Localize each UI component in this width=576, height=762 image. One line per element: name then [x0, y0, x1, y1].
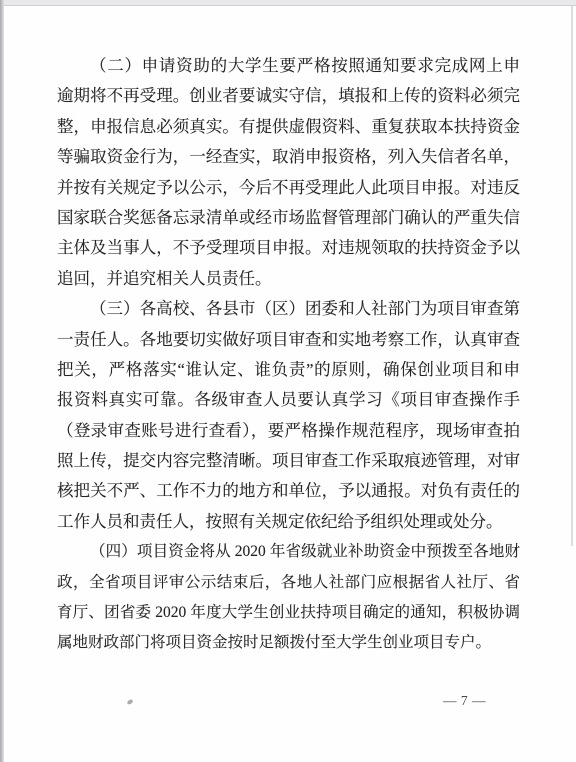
text-line: 育厅、团省委 2020 年度大学生创业扶持项目确定的通知，积极协调: [57, 598, 520, 628]
text-line: 政，全省项目评审公示结束后，各地人社部门应根据省人社厅、省教: [57, 568, 520, 598]
text-line: 工作人员和责任人，按照有关规定依纪给予组织处理或处分。: [57, 507, 520, 537]
scan-edge-right: [571, 6, 573, 546]
scan-edge-left: [0, 0, 4, 762]
text-line: 一责任人。各地要切实做好项目审查和实地考察工作，认真审查: [57, 325, 520, 355]
text-line: 并按有关规定予以公示，今后不再受理此人此项目申报。对违反: [57, 173, 520, 203]
scan-speckle: [126, 699, 133, 705]
text-line: （四）项目资金将从 2020 年省级就业补助资金中预拨至各地财: [57, 537, 520, 567]
text-line: 属地财政部门将项目资金按时足额拨付至大学生创业项目专户。: [57, 628, 520, 658]
text-line: 整，申报信息必须真实。有提供虚假资料、重复获取本扶持资金: [57, 112, 520, 142]
text-line: 报资料真实可靠。各级审查人员要认真学习《项目审查操作手册》: [57, 385, 520, 415]
text-line: （三）各高校、各县市（区）团委和人社部门为项目审查第: [57, 294, 520, 324]
text-line: 主体及当事人，不予受理项目申报。对违规领取的扶持资金予以: [57, 233, 520, 263]
scanned-document-page: （二）申请资助的大学生要严格按照通知要求完成网上申报，逾期将不再受理。创业者要诚…: [0, 0, 576, 762]
text-line: 国家联合奖惩备忘录清单或经市场监督管理部门确认的严重失信: [57, 203, 520, 233]
text-line: 追回，并追究相关人员责任。: [57, 264, 520, 294]
text-line: 照上传，提交内容完整清晰。项目审查工作采取痕迹管理，对审: [57, 446, 520, 476]
text-line: 等骗取资金行为，一经查实，取消申报资格，列入失信者名单，: [57, 142, 520, 172]
text-line: 核把关不严、工作不力的地方和单位，予以通报。对负有责任的: [57, 476, 520, 506]
text-line: （登录审查账号进行查看），要严格操作规范程序，现场审查拍: [57, 416, 520, 446]
document-body-text: （二）申请资助的大学生要严格按照通知要求完成网上申报，逾期将不再受理。创业者要诚…: [57, 51, 520, 659]
scan-edge-top: [0, 0, 576, 6]
text-line: （二）申请资助的大学生要严格按照通知要求完成网上申报，: [57, 51, 520, 81]
page-number: — 7 —: [443, 693, 486, 709]
text-line: 逾期将不再受理。创业者要诚实守信，填报和上传的资料必须完: [57, 81, 520, 111]
text-line: 把关，严格落实“谁认定、谁负责”的原则，确保创业项目和申: [57, 355, 520, 385]
